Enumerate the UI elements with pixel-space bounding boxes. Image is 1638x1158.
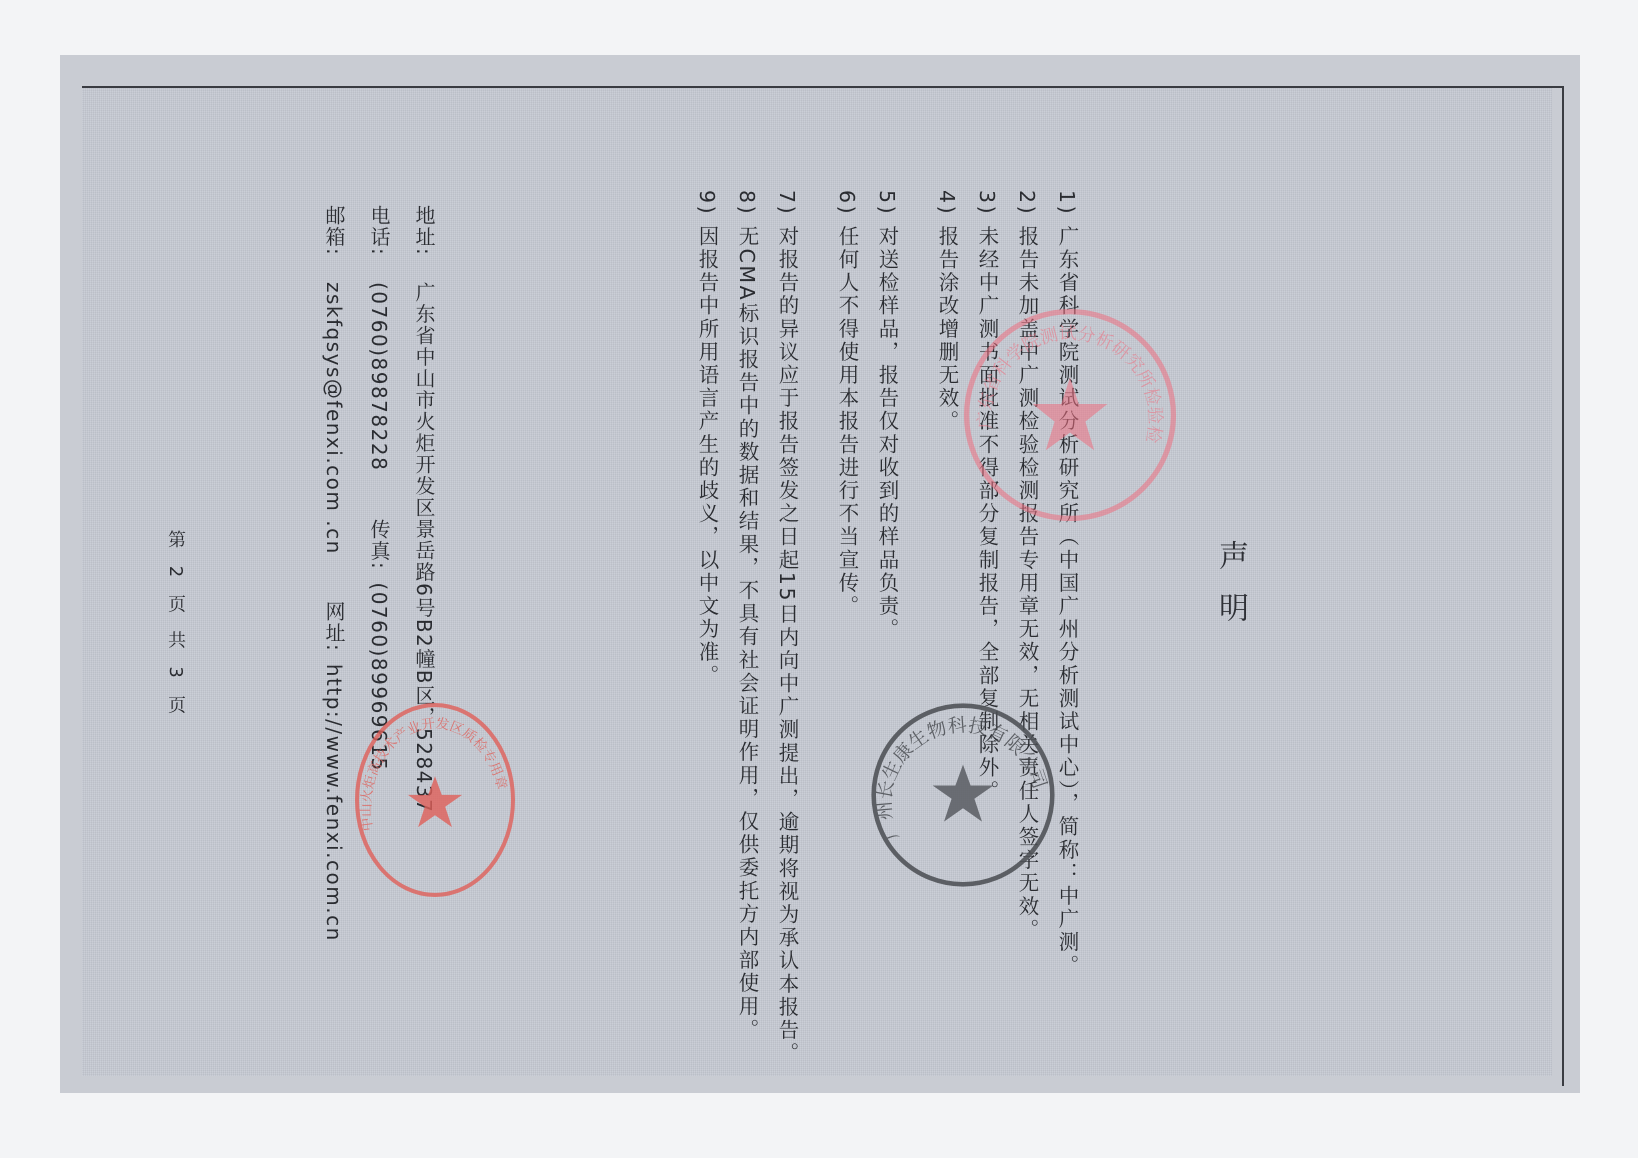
phone-label: 电话: [365, 205, 394, 256]
institute-seal-stamp: 广东省科学院测试分析研究所检验检测报告专用章 [960, 305, 1180, 525]
statement-item-7: 7) 对报告的异议应于报告签发之日起15日内向中广测提出，逾期将视为承认本报告。 [772, 190, 802, 1065]
address-label: 地址: [410, 205, 439, 256]
email-website-line: 邮箱: zskfqsys@fenxi.com .cn 网址: http://ww… [320, 205, 349, 942]
document-page [82, 86, 1552, 1076]
seal-graphic: 广东省科学院测试分析研究所检验检测报告专用章 [960, 305, 1180, 525]
document-title: 声明 [1208, 540, 1252, 644]
quality-inspection-seal-stamp: 中山火炬高技术产业开发区质检专用章 [350, 700, 520, 900]
statement-item-5: 5) 对送检样品，报告仅对收到的样品负责。 [872, 190, 902, 641]
page-border [1562, 86, 1564, 1086]
phone-fax-line: 电话: (0760)89878228 传真: (0760)89969615 [365, 205, 394, 772]
website-value: http://www.fenxi.com.cn [322, 664, 346, 942]
page-number: 第 2 页 共 3 页 [162, 530, 188, 720]
statement-item-9: 9) 因报告中所用语言产生的歧义，以中文为准。 [692, 190, 722, 687]
website-label: 网址: [320, 601, 349, 652]
seal-graphic: 广州长生康生物科技有限公司 [868, 700, 1058, 890]
statement-item-6: 6) 任何人不得使用本报告进行不当宣传。 [832, 190, 862, 618]
page-border [82, 86, 1564, 88]
phone-value: (0760)89878228 [367, 282, 391, 471]
company-seal-stamp: 广州长生康生物科技有限公司 [868, 700, 1058, 890]
statement-item-4: 4) 报告涂改增删无效。 [932, 190, 962, 433]
email-value: zskfqsys@fenxi.com .cn [322, 282, 346, 555]
email-label: 邮箱: [320, 205, 349, 256]
fax-label: 传真: [365, 519, 394, 570]
statement-item-8: 8) 无CMA标识报告中的数据和结果，不具有社会证明作用，仅供委托方内部使用。 [732, 190, 762, 1041]
seal-graphic: 中山火炬高技术产业开发区质检专用章 [350, 700, 520, 900]
